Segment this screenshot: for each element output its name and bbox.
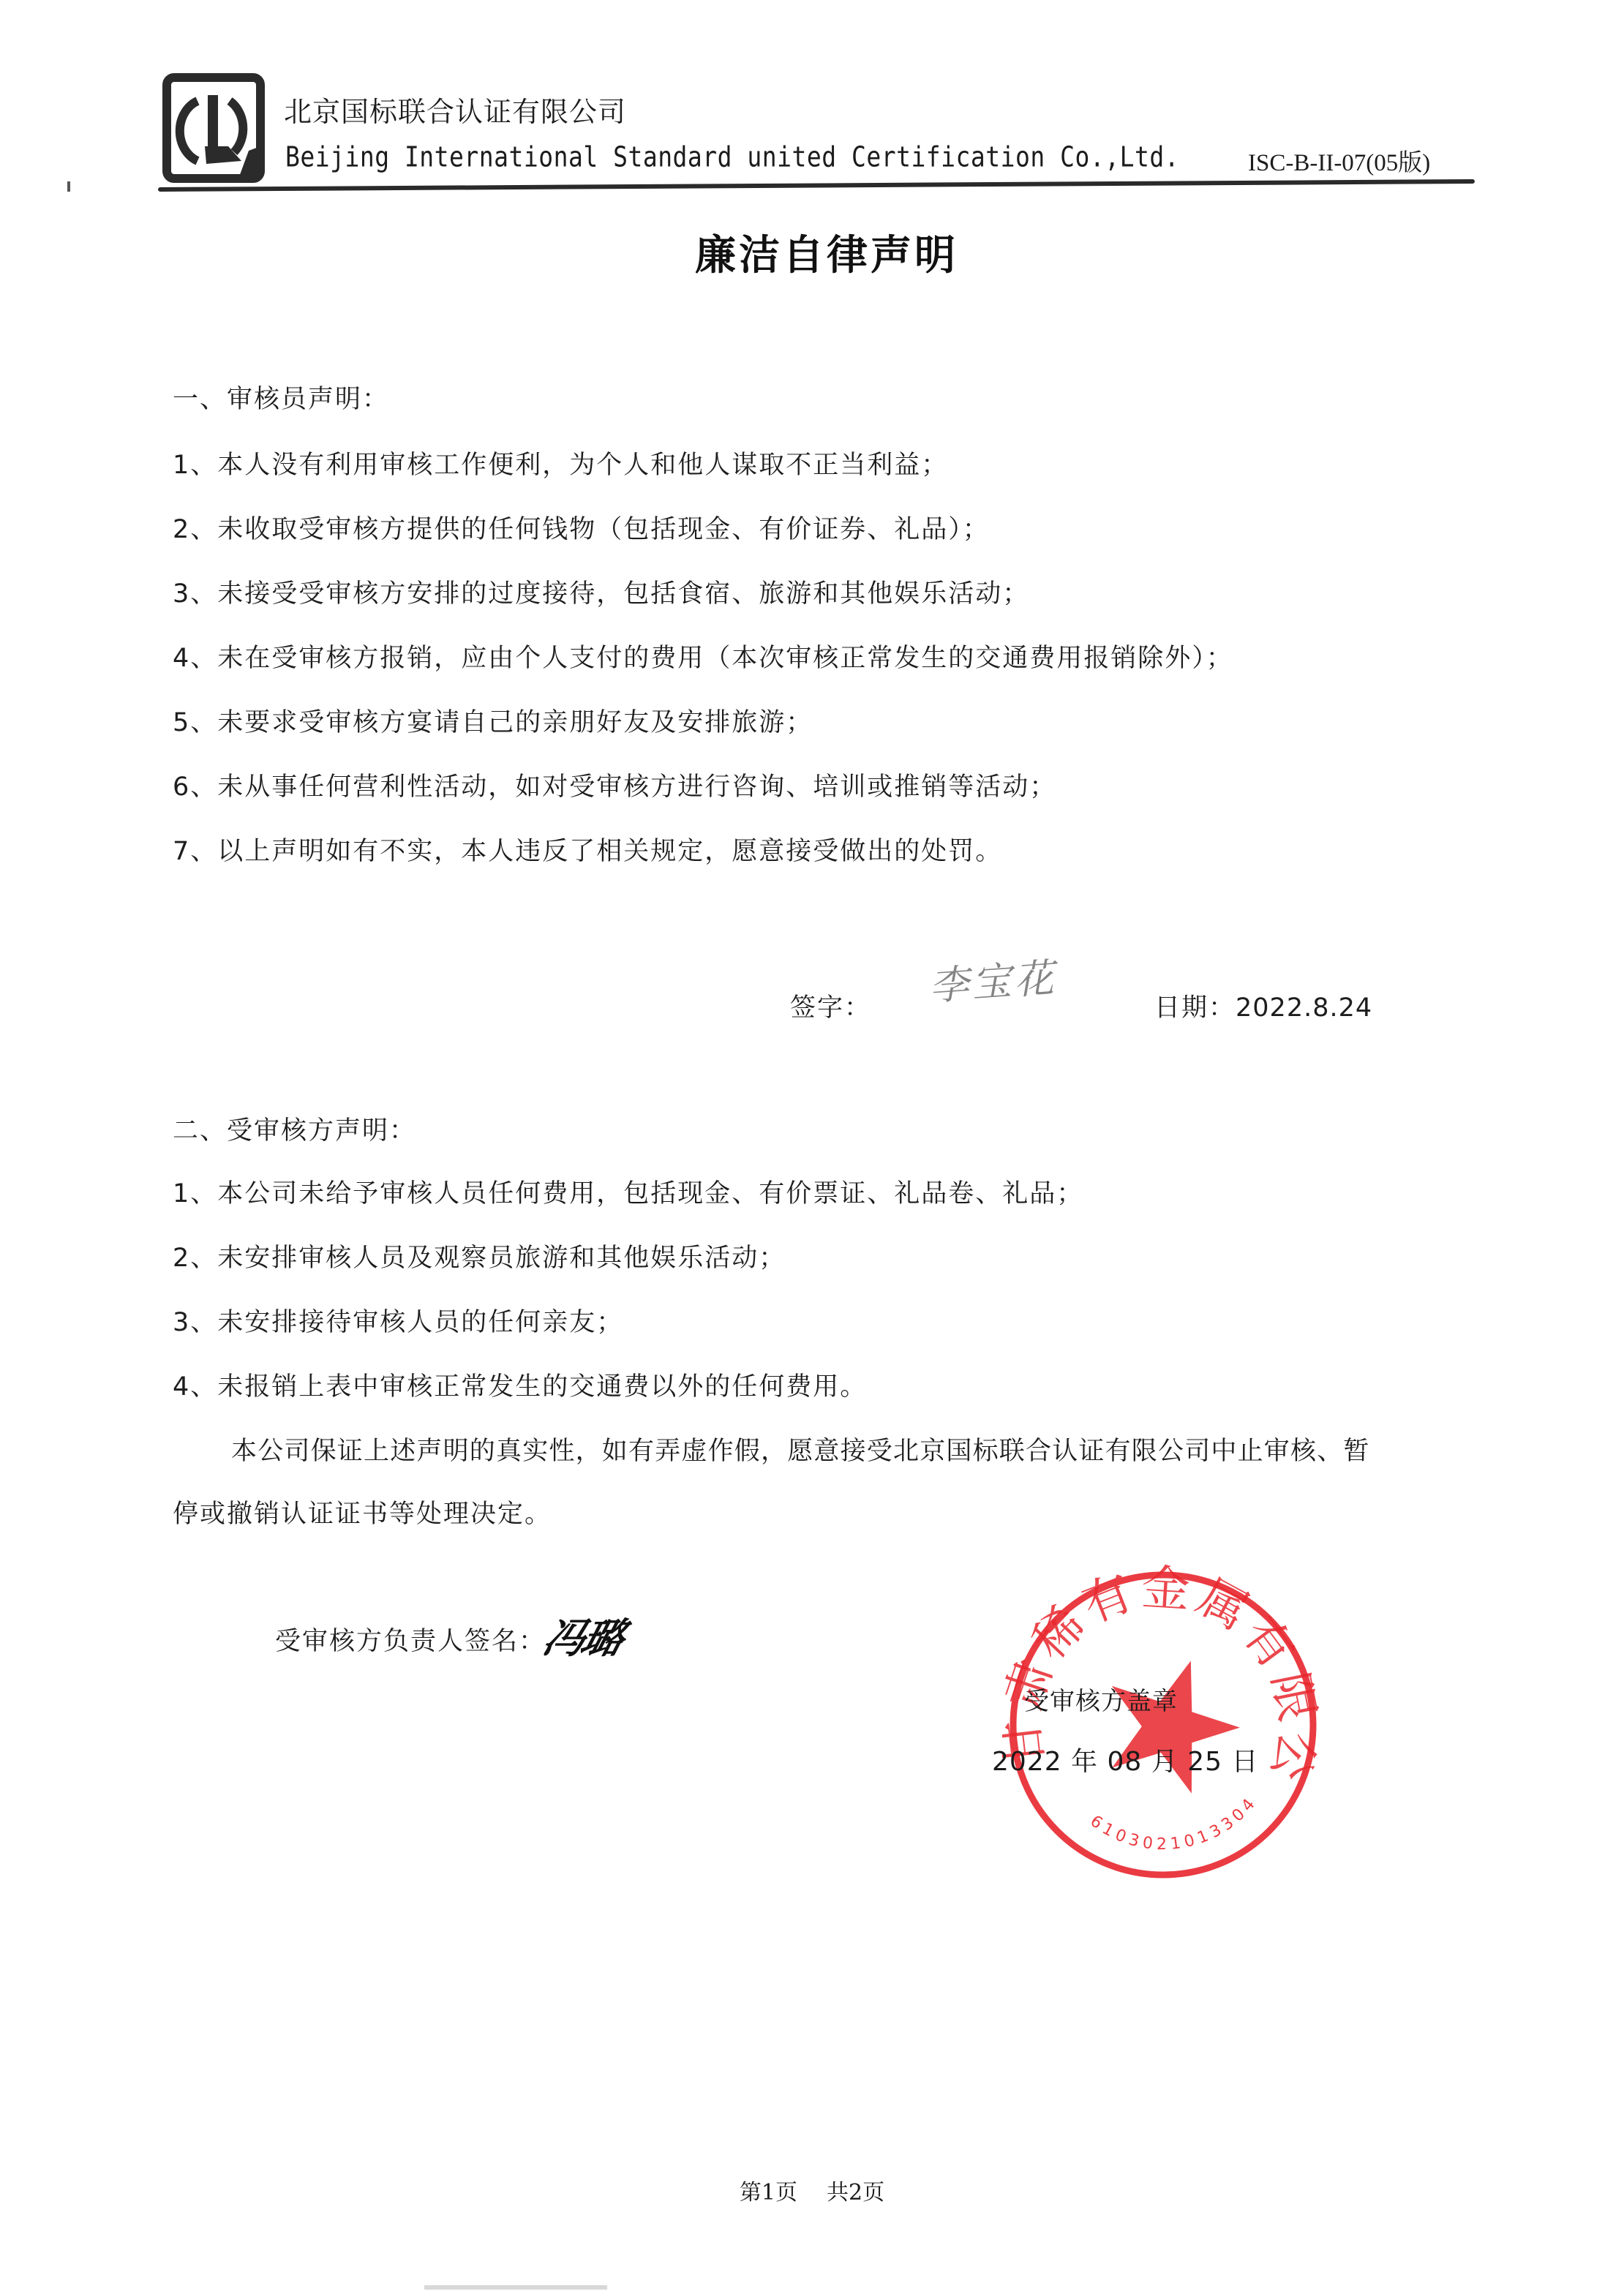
page-title-text: 廉洁自律声明 — [695, 232, 958, 279]
scan-edge-mark — [424, 2285, 607, 2290]
page-title: 廉洁自律声明 — [0, 223, 1624, 282]
auditor-section-heading: 一、审核员声明： — [173, 379, 389, 415]
auditor-item: 7、以上声明如有不实，本人违反了相关规定，愿意接受做出的处罚。 — [173, 831, 1002, 868]
company-name-cn: 北京国标联合认证有限公司 — [284, 89, 626, 129]
company-seal-stamp: 甘肃稀有金属有限公司 6103021013304 — [1002, 1564, 1324, 1886]
stamp-label: 受审核方盖章 — [1024, 1681, 1178, 1717]
page-number: 第1页共2页 — [0, 2174, 1624, 2206]
auditor-item: 5、未要求受审核方宴请自己的亲朋好友及安排旅游； — [173, 702, 813, 739]
document-code: ISC-B-II-07(05版) — [1248, 143, 1430, 178]
page-total: 共2页 — [827, 2180, 884, 2205]
auditee-item: 1、本公司未给予审核人员任何费用，包括现金、有价票证、礼品卷、礼品； — [173, 1173, 1083, 1210]
auditor-item: 2、未收取受审核方提供的任何钱物（包括现金、有价证券、礼品）； — [173, 509, 990, 546]
responsible-signature-label: 受审核方负责人签名： — [275, 1621, 546, 1658]
scan-speck — [67, 181, 70, 192]
svg-text:6103021013304: 6103021013304 — [1086, 1792, 1261, 1854]
auditor-item: 6、未从事任何营利性活动，如对受审核方进行咨询、培训或推销等活动； — [173, 767, 1056, 803]
guarantee-statement-line2: 停或撤销认证证书等处理决定。 — [173, 1494, 552, 1530]
auditor-date: 日期：2022.8.24 — [1154, 988, 1372, 1024]
auditor-item: 3、未接受受审核方安排的过度接待，包括食宿、旅游和其他娱乐活动； — [173, 573, 1029, 610]
auditor-handwritten-signature: 李宝花 — [928, 947, 1059, 1012]
stamp-date: 2022 年 08 月 25 日 — [992, 1741, 1258, 1778]
auditor-signature-label: 签字： — [790, 988, 871, 1024]
company-name-en: Beijing International Standard united Ce… — [285, 140, 1179, 173]
auditee-item: 4、未报销上表中审核正常发生的交通费以外的任何费用。 — [173, 1366, 867, 1403]
date-label: 日期： — [1154, 993, 1236, 1023]
responsible-handwritten-signature: 冯璐 — [537, 1606, 628, 1665]
auditee-section-heading: 二、受审核方声明： — [173, 1110, 416, 1147]
isc-logo-icon — [162, 73, 265, 183]
guarantee-statement-line1: 本公司保证上述声明的真实性，如有弄虚作假，愿意接受北京国标联合认证有限公司中止审… — [231, 1431, 1370, 1467]
auditor-item: 4、未在受审核方报销，应由个人支付的费用（本次审核正常发生的交通费用报销除外）； — [173, 638, 1233, 674]
header-divider — [158, 179, 1475, 192]
auditor-item: 1、本人没有利用审核工作便利，为个人和他人谋取不正当利益； — [173, 445, 948, 481]
auditee-item: 3、未安排接待审核人员的任何亲友； — [173, 1302, 623, 1339]
page-current: 第1页 — [740, 2180, 797, 2205]
auditee-item: 2、未安排审核人员及观察员旅游和其他娱乐活动； — [173, 1238, 786, 1274]
date-value: 2022.8.24 — [1236, 993, 1372, 1023]
